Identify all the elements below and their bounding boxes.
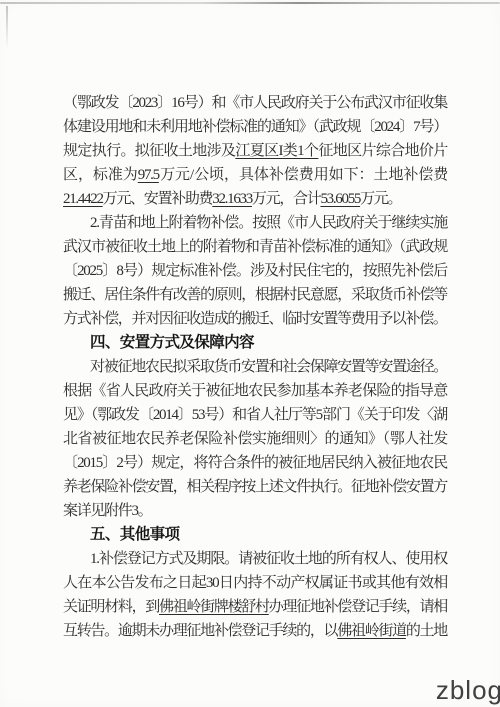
text-line: 案详见附件3。 bbox=[63, 499, 447, 523]
scan-edge-artifact-top bbox=[0, 2, 500, 4]
site-watermark: zblog bbox=[436, 675, 500, 706]
text-line: 武汉市被征收土地上的附着物和青苗补偿标准的通知》（武政规 bbox=[63, 235, 447, 259]
text-run: 方式补偿，并对因征收造成的搬迁、临时安置等费用予以补偿。 bbox=[63, 311, 447, 327]
text-line: 21.4422万元、安置补助费32.1633万元，合计53.6055万元。 bbox=[63, 187, 447, 211]
text-run: 2.青苗和地上附着物补偿。按照《市人民政府关于继续实施 bbox=[90, 215, 447, 231]
text-line: 规定执行。拟征收土地涉及江夏区I类1个征地区片综合地价片 bbox=[63, 139, 447, 163]
underlined-text: 97.5 bbox=[138, 167, 159, 183]
underlined-text: 江夏区I类1个 bbox=[235, 143, 318, 159]
text-line: 养老保险补偿安置，相关程序按上述文件执行。征地补偿安置方 bbox=[63, 475, 447, 499]
text-line: 〔2025〕8号）规定标准补偿。涉及村民住宅的，按照先补偿后 bbox=[63, 259, 447, 283]
text-run: 万元。 bbox=[360, 191, 401, 207]
text-line: 搬迁、居住条件有改善的原则，根据村民意愿，采取货币补偿等 bbox=[63, 283, 447, 307]
scanned-document-page: （鄂政发〔2023〕16号）和《市人民政府关于公布武汉市征收集体建设用地和未利用… bbox=[0, 0, 500, 707]
text-run: 办理征地补偿登记手续，请相 bbox=[269, 599, 447, 615]
underlined-text: 21.4422 bbox=[63, 191, 103, 207]
text-line: 关证明材料，到佛祖岭街牌楼舒村办理征地补偿登记手续，请相 bbox=[63, 595, 447, 619]
section-heading: 四、安置方式及保障内容 bbox=[63, 331, 447, 355]
underlined-text: 佛祖岭街牌楼舒村 bbox=[159, 599, 269, 615]
section-heading: 五、其他事项 bbox=[63, 523, 447, 547]
text-run: 〔2025〕8号）规定标准补偿。涉及村民住宅的，按照先补偿后 bbox=[63, 263, 447, 279]
text-run: 〔2015〕2号）规定，将符合条件的被征地居民纳入被征地农民 bbox=[63, 455, 447, 471]
text-line: 见》（鄂政发〔2014〕53号）和省人社厅等5部门《关于印发〈湖 bbox=[63, 403, 447, 427]
text-run: 万元，合计 bbox=[252, 191, 321, 207]
text-line: 对被征地农民拟采取货币安置和社会保障安置等安置途径。 bbox=[63, 355, 447, 379]
scan-edge-artifact-left bbox=[6, 6, 8, 48]
text-line: 2.青苗和地上附着物补偿。按照《市人民政府关于继续实施 bbox=[63, 211, 447, 235]
text-run: 区，标准为 bbox=[63, 167, 138, 183]
text-run: 四、安置方式及保障内容 bbox=[90, 334, 254, 351]
text-run: 案详见附件3。 bbox=[63, 503, 151, 519]
text-run: 人在本公告发布之日起30日内持不动产权属证书或其他有效相 bbox=[63, 575, 447, 591]
text-run: （鄂政发〔2023〕16号）和《市人民政府关于公布武汉市征收集 bbox=[63, 95, 447, 111]
text-line: 方式补偿，并对因征收造成的搬迁、临时安置等费用予以补偿。 bbox=[63, 307, 447, 331]
text-line: 区，标准为97.5万元/公顷，具体补偿费用如下：土地补偿费 bbox=[63, 163, 447, 187]
text-run: 对被征地农民拟采取货币安置和社会保障安置等安置途径。 bbox=[90, 359, 447, 375]
text-line: （鄂政发〔2023〕16号）和《市人民政府关于公布武汉市征收集 bbox=[63, 91, 447, 115]
text-run: 武汉市被征收土地上的附着物和青苗补偿标准的通知》（武政规 bbox=[63, 239, 447, 255]
text-line: 互转告。逾期未办理征地补偿登记手续的，以佛祖岭街道的土地 bbox=[63, 619, 447, 643]
underlined-text: 佛祖岭街道 bbox=[337, 623, 406, 639]
text-line: 人在本公告发布之日起30日内持不动产权属证书或其他有效相 bbox=[63, 571, 447, 595]
text-run: 见》（鄂政发〔2014〕53号）和省人社厅等5部门《关于印发〈湖 bbox=[63, 407, 447, 423]
text-run: 五、其他事项 bbox=[90, 526, 179, 543]
text-line: 〔2015〕2号）规定，将符合条件的被征地居民纳入被征地农民 bbox=[63, 451, 447, 475]
text-run: 万元、安置补助费 bbox=[103, 191, 213, 207]
text-line: 北省被征地农民养老保险补偿实施细则〉的通知》（鄂人社发 bbox=[63, 427, 447, 451]
text-line: 1.补偿登记方式及期限。请被征收土地的所有权人、使用权 bbox=[63, 547, 447, 571]
text-run: 北省被征地农民养老保险补偿实施细则〉的通知》（鄂人社发 bbox=[63, 431, 447, 447]
text-run: 的土地 bbox=[406, 623, 447, 639]
text-run: 根据《省人民政府关于被征地农民参加基本养老保险的指导意 bbox=[63, 383, 447, 399]
text-run: 万元/公顷，具体补偿费用如下：土地补偿费 bbox=[159, 167, 447, 183]
text-run: 规定执行。拟征收土地涉及 bbox=[63, 143, 235, 159]
underlined-text: 53.6055 bbox=[320, 191, 360, 207]
document-body: （鄂政发〔2023〕16号）和《市人民政府关于公布武汉市征收集体建设用地和未利用… bbox=[63, 91, 447, 643]
text-line: 体建设用地和未利用地补偿标准的通知》（武政规〔2024〕7号） bbox=[63, 115, 447, 139]
text-line: 根据《省人民政府关于被征地农民参加基本养老保险的指导意 bbox=[63, 379, 447, 403]
text-run: 关证明材料，到 bbox=[63, 599, 159, 615]
text-run: 体建设用地和未利用地补偿标准的通知》（武政规〔2024〕7号） bbox=[63, 119, 447, 135]
underlined-text: 32.1633 bbox=[212, 191, 252, 207]
text-run: 搬迁、居住条件有改善的原则，根据村民意愿，采取货币补偿等 bbox=[63, 287, 447, 303]
text-run: 1.补偿登记方式及期限。请被征收土地的所有权人、使用权 bbox=[90, 551, 447, 567]
text-run: 征地区片综合地价片 bbox=[318, 143, 447, 159]
text-run: 养老保险补偿安置，相关程序按上述文件执行。征地补偿安置方 bbox=[63, 479, 447, 495]
text-run: 互转告。逾期未办理征地补偿登记手续的，以 bbox=[63, 623, 337, 639]
